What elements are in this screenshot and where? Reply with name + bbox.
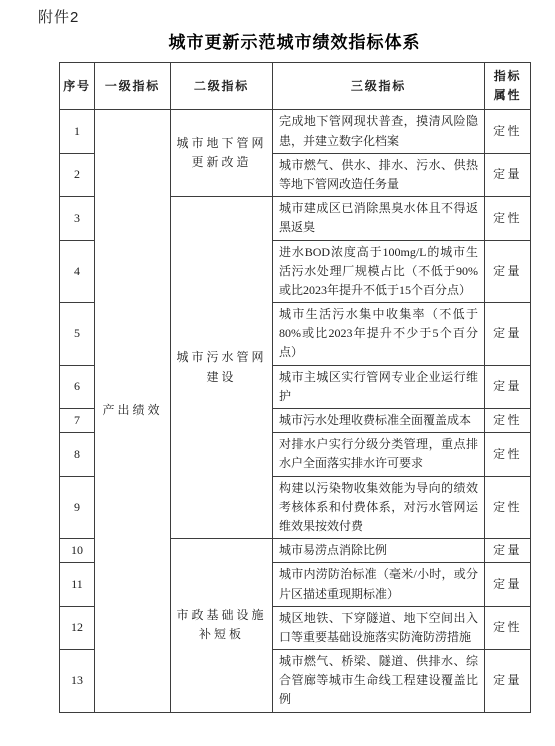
serial-number-cell: 10 <box>60 539 95 563</box>
level3-indicator-cell: 城市主城区实行管网专业企业运行维护 <box>273 365 485 408</box>
level3-indicator-cell: 城市内涝防治标准（毫米/小时，或分片区描述重现期标准） <box>273 563 485 606</box>
serial-number-cell: 2 <box>60 153 95 196</box>
table-body: 1 产出绩效 城市地下管网更新改造 完成地下管网现状普查，摸清风险隐患，并建立数… <box>60 110 531 712</box>
attribute-cell: 定性 <box>485 476 531 539</box>
attribute-cell: 定量 <box>485 240 531 303</box>
serial-number-cell: 13 <box>60 650 95 713</box>
level1-group-cell: 产出绩效 <box>95 110 171 712</box>
level2-group-cell: 城市污水管网建设 <box>171 197 273 539</box>
level3-indicator-cell: 城市易涝点消除比例 <box>273 539 485 563</box>
attribute-cell: 定性 <box>485 606 531 649</box>
header-serial-number: 序号 <box>60 63 95 110</box>
level3-indicator-cell: 城市生活污水集中收集率（不低于80%或比2023年提升不少于5个百分点） <box>273 303 485 366</box>
serial-number-cell: 8 <box>60 433 95 476</box>
level3-indicator-cell: 对排水户实行分级分类管理，重点排水户全面落实排水许可要求 <box>273 433 485 476</box>
attribute-cell: 定性 <box>485 197 531 240</box>
indicator-table: 序号 一级指标 二级指标 三级指标 指标属性 1 产出绩效 城市地下管网更新改造… <box>59 62 531 713</box>
attribute-cell: 定量 <box>485 303 531 366</box>
attribute-cell: 定量 <box>485 650 531 713</box>
page-title: 城市更新示范城市绩效指标体系 <box>59 28 530 53</box>
attribute-cell: 定量 <box>485 539 531 563</box>
attribute-cell: 定性 <box>485 433 531 476</box>
level3-indicator-cell: 城市燃气、桥梁、隧道、供排水、综合管廊等城市生命线工程建设覆盖比例 <box>273 650 485 713</box>
level3-indicator-cell: 城市建成区已消除黑臭水体且不得返黑返臭 <box>273 197 485 240</box>
level2-group-cell: 市政基础设施补短板 <box>171 539 273 713</box>
header-indicator-attribute: 指标属性 <box>485 63 531 110</box>
table-row: 1 产出绩效 城市地下管网更新改造 完成地下管网现状普查，摸清风险隐患，并建立数… <box>60 110 531 153</box>
attribute-cell: 定量 <box>485 365 531 408</box>
header-level2-indicator: 二级指标 <box>171 63 273 110</box>
attribute-cell: 定性 <box>485 110 531 153</box>
serial-number-cell: 5 <box>60 303 95 366</box>
level3-indicator-cell: 完成地下管网现状普查，摸清风险隐患，并建立数字化档案 <box>273 110 485 153</box>
header-level3-indicator: 三级指标 <box>273 63 485 110</box>
header-row: 序号 一级指标 二级指标 三级指标 指标属性 <box>60 63 531 110</box>
serial-number-cell: 1 <box>60 110 95 153</box>
serial-number-cell: 3 <box>60 197 95 240</box>
attribute-cell: 定性 <box>485 409 531 433</box>
header-level1-indicator: 一级指标 <box>95 63 171 110</box>
attribute-cell: 定量 <box>485 563 531 606</box>
serial-number-cell: 11 <box>60 563 95 606</box>
document-content: 城市更新示范城市绩效指标体系 序号 一级指标 二级指标 三级指标 指标属性 1 … <box>59 28 530 713</box>
attachment-label: 附件2 <box>38 6 79 27</box>
table-header: 序号 一级指标 二级指标 三级指标 指标属性 <box>60 63 531 110</box>
level3-indicator-cell: 城区地铁、下穿隧道、地下空间出入口等重要基础设施落实防淹防涝措施 <box>273 606 485 649</box>
level3-indicator-cell: 城市燃气、供水、排水、污水、供热等地下管网改造任务量 <box>273 153 485 196</box>
serial-number-cell: 12 <box>60 606 95 649</box>
serial-number-cell: 9 <box>60 476 95 539</box>
document-page: 附件2 城市更新示范城市绩效指标体系 序号 一级指标 二级指标 三级指标 指标属… <box>0 0 555 746</box>
serial-number-cell: 4 <box>60 240 95 303</box>
attribute-cell: 定量 <box>485 153 531 196</box>
level3-indicator-cell: 构建以污染物收集效能为导向的绩效考核体系和付费体系，对污水管网运维效果按效付费 <box>273 476 485 539</box>
level3-indicator-cell: 进水BOD浓度高于100mg/L的城市生活污水处理厂规模占比（不低于90%或比2… <box>273 240 485 303</box>
level3-indicator-cell: 城市污水处理收费标准全面覆盖成本 <box>273 409 485 433</box>
level2-group-cell: 城市地下管网更新改造 <box>171 110 273 197</box>
serial-number-cell: 6 <box>60 365 95 408</box>
serial-number-cell: 7 <box>60 409 95 433</box>
